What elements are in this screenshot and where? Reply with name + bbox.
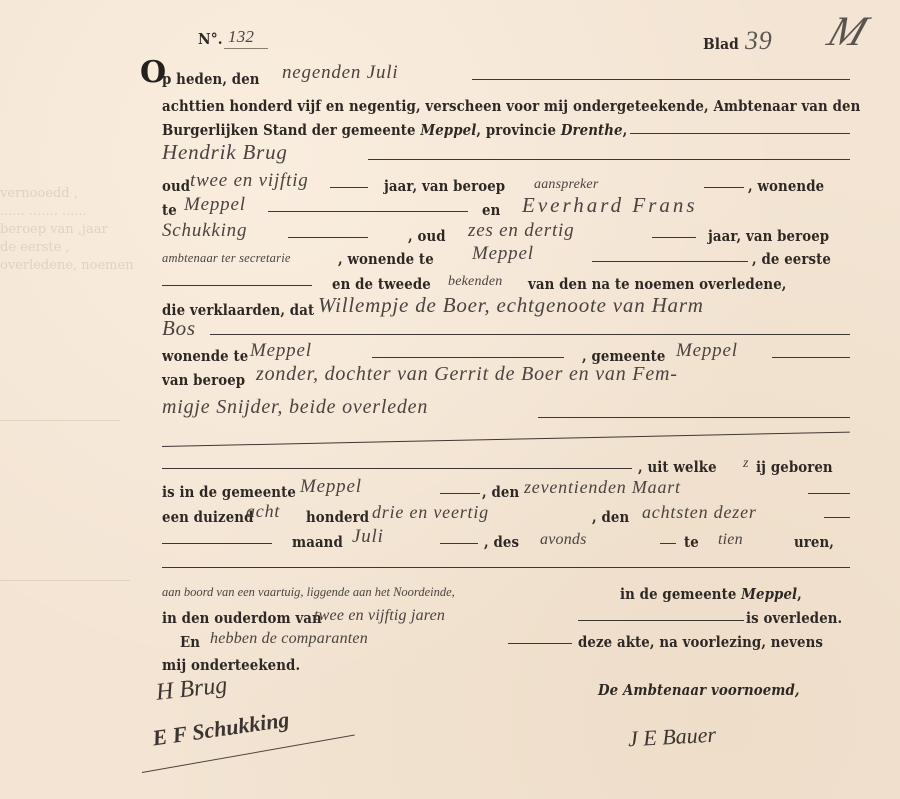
text-een-duizend: een duizend xyxy=(162,509,254,526)
fill-line xyxy=(472,79,850,80)
text-en: en xyxy=(482,202,500,219)
text-te: te xyxy=(684,534,699,551)
death-hour: tien xyxy=(718,531,743,549)
birth-year: drie en veertig xyxy=(372,502,489,523)
text-oud: , oud xyxy=(408,228,446,245)
deceased-occupation-parents: zonder, dochter van Gerrit de Boer en va… xyxy=(256,363,678,386)
text-line2: achttien honderd vijf en negentig, versc… xyxy=(162,98,860,115)
text-uit-welke: , uit welke xyxy=(638,459,717,476)
text-in-den-ouderdom: in den ouderdom van xyxy=(162,610,322,627)
signature-witness1: H Brug xyxy=(155,672,229,706)
fill-line xyxy=(652,237,696,238)
text-uren: uren, xyxy=(794,534,834,551)
birthplace: Meppel xyxy=(300,476,362,498)
text-en-de-tweede: en de tweede xyxy=(332,276,431,293)
fill-line xyxy=(772,357,850,358)
birth-century: acht xyxy=(246,501,280,522)
text-de-eerste: , de eerste xyxy=(752,251,831,268)
text-jaar-beroep: jaar, van beroep xyxy=(384,178,505,195)
text-in-de-gemeente: in de gemeente Meppel, xyxy=(620,586,802,603)
fill-line xyxy=(630,133,850,134)
death-day: achtsten dezer xyxy=(642,502,757,523)
text-overledene: van den na te noemen overledene, xyxy=(528,276,787,293)
text-den: , den xyxy=(592,509,629,526)
act-number: 132 xyxy=(228,27,254,47)
witness1-occupation: aanspreker xyxy=(534,177,598,193)
fill-line xyxy=(660,543,676,544)
text-op-heden: p heden, den xyxy=(162,71,260,88)
signature-witness2: E F Schukking xyxy=(151,707,291,752)
witness1-residence: Meppel xyxy=(184,194,246,216)
number-underline xyxy=(224,48,268,49)
page-number: 39 xyxy=(745,26,773,56)
fill-line xyxy=(372,357,564,358)
text-is-in-de-gemeente: is in de gemeente xyxy=(162,484,296,501)
fill-line xyxy=(162,543,272,544)
fill-line xyxy=(268,211,468,212)
date-of-registration: negenden Juli xyxy=(282,62,398,84)
text-maand: maand xyxy=(292,534,343,551)
text-ij-geboren: ij geboren xyxy=(756,459,833,476)
fill-line xyxy=(162,468,632,469)
witness2-first-names: Everhard Frans xyxy=(522,193,698,218)
fill-line xyxy=(808,493,850,494)
fill-line xyxy=(330,187,368,188)
fill-line xyxy=(824,517,850,518)
fill-line xyxy=(210,334,850,335)
province-printed: Drenthe xyxy=(561,122,623,139)
text-wonende-te: wonende te xyxy=(162,348,248,365)
fill-line xyxy=(440,493,480,494)
witness1-name: Hendrik Brug xyxy=(162,140,288,165)
place-of-death: aan boord van een vaartuig, liggende aan… xyxy=(162,585,455,600)
text-te: te xyxy=(162,202,177,219)
day-part: avonds xyxy=(540,531,587,549)
text-en: En xyxy=(180,634,200,651)
text-wonende-te: , wonende te xyxy=(338,251,434,268)
spouse-surname: Bos xyxy=(162,316,196,341)
municipality-printed: Meppel xyxy=(420,122,476,139)
official-label: De Ambtenaar voornoemd, xyxy=(598,682,800,699)
fill-line xyxy=(578,620,744,621)
text-mij-onderteekend: mij onderteekend. xyxy=(162,657,300,674)
pronoun-z: z xyxy=(743,456,749,472)
corner-mark: M xyxy=(821,8,874,56)
deceased-municipality: Meppel xyxy=(676,340,738,362)
text-deze-akte: deze akte, na voorlezing, nevens xyxy=(578,634,823,651)
signers: hebben de comparanten xyxy=(210,630,368,648)
municipality-printed: Meppel xyxy=(741,586,797,603)
text-jaar-beroep: jaar, van beroep xyxy=(708,228,829,245)
signature-official: J E Bauer xyxy=(627,722,716,753)
fill-line xyxy=(440,543,478,544)
birth-date: zeventienden Maart xyxy=(524,477,681,498)
fill-line xyxy=(508,643,572,644)
witness2-residence: Meppel xyxy=(472,243,534,265)
fill-line xyxy=(368,159,850,160)
fill-line xyxy=(592,261,748,262)
witness2-occupation: ambtenaar ter secretarie xyxy=(162,251,291,266)
deceased-name: Willempje de Boer, echtgenoote van Harm xyxy=(318,293,704,318)
witness1-age: twee en vijftig xyxy=(190,170,309,192)
fill-line xyxy=(162,285,312,286)
witness-relation: bekenden xyxy=(448,274,502,290)
text-van-beroep: van beroep xyxy=(162,372,245,389)
blad-label: Blad xyxy=(703,35,739,53)
text-oud: oud xyxy=(162,178,190,195)
text-honderd: honderd xyxy=(306,509,369,526)
blank-fill-line xyxy=(162,567,850,568)
fill-line xyxy=(704,187,744,188)
blank-fill-line xyxy=(162,432,850,448)
fill-line xyxy=(538,417,850,418)
text-den: , den xyxy=(482,484,519,501)
witness2-age: zes en dertig xyxy=(468,220,574,242)
fill-line xyxy=(288,237,368,238)
text-des: , des xyxy=(484,534,519,551)
death-month: Juli xyxy=(352,526,384,548)
text-line3: Burgerlijken Stand der gemeente Meppel, … xyxy=(162,122,627,139)
number-label: N°. xyxy=(198,30,223,48)
witness2-surname: Schukking xyxy=(162,220,247,242)
text-wonende: , wonende xyxy=(748,178,824,195)
text-is-overleden: is overleden. xyxy=(746,610,842,627)
deceased-mother-name: migje Snijder, beide overleden xyxy=(162,396,428,419)
deceased-residence: Meppel xyxy=(250,340,312,362)
age-at-death: twee en vijftig jaren xyxy=(314,607,445,625)
